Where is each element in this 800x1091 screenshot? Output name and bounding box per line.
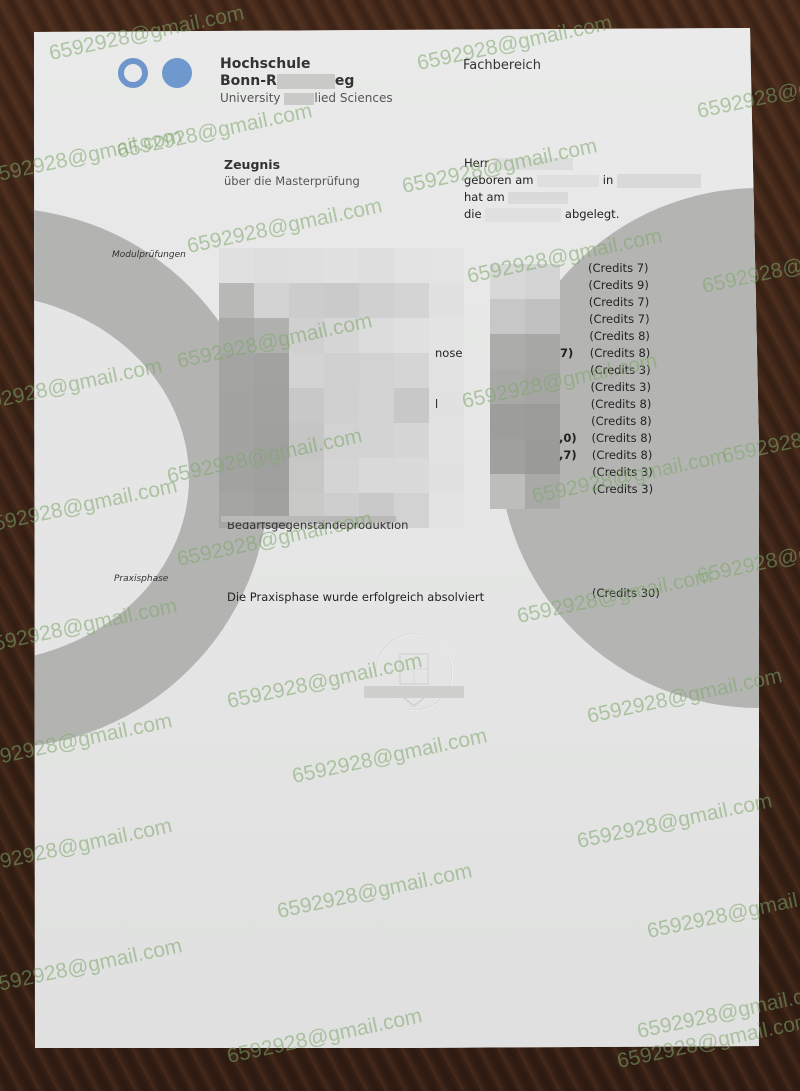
module-credit: (Credits 9) xyxy=(588,277,653,294)
practice-credits: (Credits 30) xyxy=(592,586,660,600)
institution-line2: Bonn-Reg xyxy=(220,73,393,90)
module-credits-list: (Credits 7)(Credits 9)(Credits 7)(Credit… xyxy=(588,260,653,498)
redaction xyxy=(277,74,335,89)
module-fragment-text: nose xyxy=(435,346,462,360)
redaction xyxy=(221,516,396,522)
redaction xyxy=(508,192,568,204)
university-logo xyxy=(118,58,192,88)
practice-statement: Die Praxisphase wurde erfolgreich absolv… xyxy=(227,590,484,604)
born-in-label: in xyxy=(603,173,613,187)
logo-dot-icon xyxy=(162,58,192,88)
born-label: geboren am xyxy=(464,173,533,187)
person-block: Herr geboren am in hat am die abgelegt. xyxy=(464,155,701,223)
institution-line3-end: lied Sciences xyxy=(314,91,392,105)
module-credit: (Credits 7) xyxy=(588,260,653,277)
pixelated-redaction-left xyxy=(219,248,464,528)
module-credit: (Credits 8) xyxy=(591,396,653,413)
person-birth-line: geboren am in xyxy=(464,172,701,189)
module-credit: (Credits 3) xyxy=(590,362,653,379)
module-grade-fragment: ,0) xyxy=(559,431,577,445)
person-salutation-line: Herr xyxy=(464,155,701,172)
redaction xyxy=(493,158,573,170)
logo-ring-icon xyxy=(118,58,148,88)
module-credit: (Credits 3) xyxy=(592,464,653,481)
section-label-practice: Praxisphase xyxy=(114,574,168,584)
salutation: Herr xyxy=(464,156,489,170)
section-label-modules: Modulprüfungen xyxy=(112,250,186,260)
pixelated-redaction-right xyxy=(490,264,560,509)
module-credit: (Credits 7) xyxy=(589,294,653,311)
module-credit: (Credits 3) xyxy=(590,379,653,396)
module-credit: (Credits 7) xyxy=(589,311,653,328)
document-title-block: Zeugnis über die Masterprüfung xyxy=(224,156,360,190)
module-fragment-text: l xyxy=(435,397,438,411)
institution-line3-start: University xyxy=(220,91,284,105)
institution-line1: Hochschule xyxy=(220,56,393,73)
redaction xyxy=(485,208,561,222)
redaction xyxy=(284,93,314,105)
module-grade-fragment: 7) xyxy=(560,346,573,360)
passed-label: abgelegt. xyxy=(565,207,619,221)
module-credit: (Credits 8) xyxy=(589,328,653,345)
module-credit: (Credits 8) xyxy=(590,345,653,362)
department-label: Fachbereich xyxy=(463,58,541,73)
embossed-seal-icon xyxy=(364,626,464,718)
redaction xyxy=(537,175,599,187)
had-label: hat am xyxy=(464,190,505,204)
institution-line2-start: Bonn-R xyxy=(220,73,277,89)
module-credit: (Credits 8) xyxy=(591,413,653,430)
document-subtitle: über die Masterprüfung xyxy=(224,173,360,190)
institution-line2-end: eg xyxy=(335,73,355,89)
module-credit: (Credits 8) xyxy=(592,430,654,447)
module-credit: (Credits 3) xyxy=(593,481,654,498)
module-credit: (Credits 8) xyxy=(592,447,653,464)
person-date-line: hat am xyxy=(464,189,701,206)
institution-name: Hochschule Bonn-Reg University lied Scie… xyxy=(220,56,393,107)
person-exam-line: die abgelegt. xyxy=(464,206,701,223)
certificate-paper: Hochschule Bonn-Reg University lied Scie… xyxy=(34,28,759,1048)
document-title: Zeugnis xyxy=(224,156,360,173)
module-grade-fragment: ,7) xyxy=(559,448,577,462)
institution-line3: University lied Sciences xyxy=(220,90,393,107)
redaction xyxy=(617,174,701,188)
the-label: die xyxy=(464,207,482,221)
